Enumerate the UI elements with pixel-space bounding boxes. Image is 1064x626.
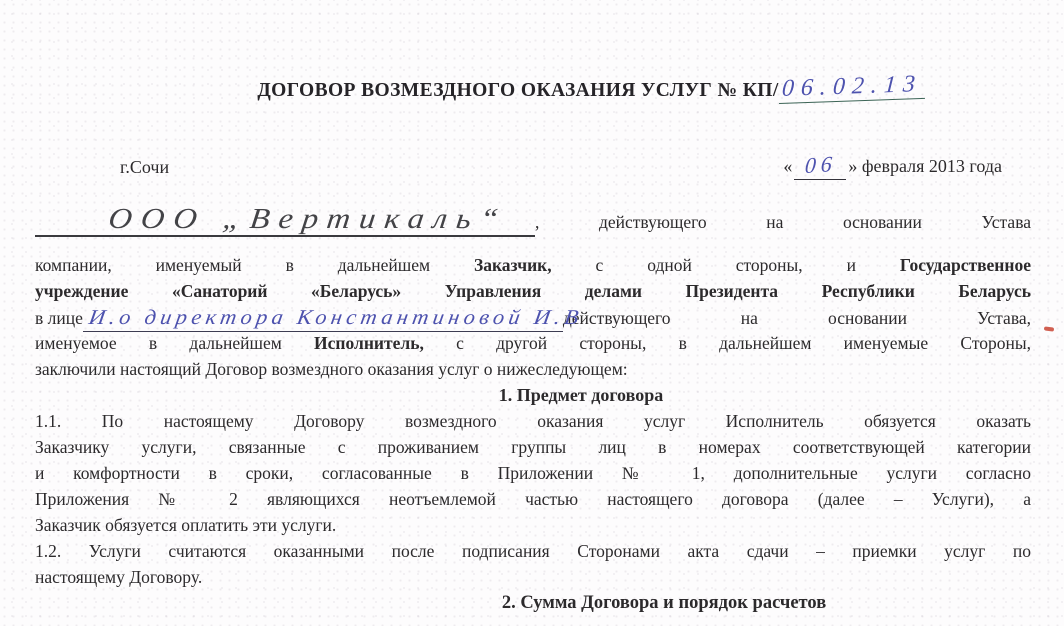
- date-line: «06» февраля 2013 года: [783, 152, 1002, 180]
- contract-body: ООО „Вертикаль“, действующего на основан…: [35, 206, 1031, 616]
- intro-l5c: с другой стороны, в дальнейшем именуемые…: [424, 333, 1031, 353]
- contract-title-row: ДОГОВОР ВОЗМЕЗДНОГО ОКАЗАНИЯ УСЛУГ № КП/…: [0, 76, 1064, 112]
- clause-1-1-line-2: Заказчику услуги, связанные с проживание…: [35, 434, 1031, 460]
- term-zakazchik: Заказчик,: [474, 255, 552, 275]
- intro-after-company: , действующего на основании Устава: [535, 209, 1031, 235]
- contract-title: ДОГОВОР ВОЗМЕЗДНОГО ОКАЗАНИЯ УСЛУГ № КП/: [257, 80, 778, 102]
- clause-1-1-line-3: и комфортности в сроки, согласованные в …: [35, 460, 1031, 486]
- clause-1-1-line-5: Заказчик обязуется оплатить эти услуги.: [35, 512, 1031, 538]
- clause-1-1-line-4: Приложения № 2 являющихся неотъемлемой ч…: [35, 486, 1031, 512]
- section-1-heading: 1. Предмет договора: [35, 382, 1031, 408]
- intro-l4b: действующего на основании Устава,: [563, 305, 1031, 331]
- date-rest: » февраля 2013 года: [848, 156, 1002, 176]
- handwritten-director-name: И.о директора Константиновой И.В: [87, 304, 585, 330]
- intro-l2c: с одной стороны, и: [552, 255, 900, 275]
- clause-1-2-line-1: 1.2. Услуги считаются оказанными после п…: [35, 538, 1031, 564]
- handwritten-day: 06: [804, 151, 838, 179]
- intro-l5a: именуемое в дальнейшем: [35, 333, 314, 353]
- executor-full-name: учреждение «Санаторий «Беларусь» Управле…: [35, 281, 1031, 301]
- handwritten-company-name: ООО „Вертикаль“: [107, 206, 509, 232]
- clause-1-1-line-1: 1.1. По настоящему Договору возмездного …: [35, 408, 1031, 434]
- intro-l2d: Государственное: [900, 255, 1031, 275]
- term-ispolnitel: Исполнитель,: [314, 333, 424, 353]
- city-label: г.Сочи: [120, 154, 169, 180]
- intro-line-6: заключили настоящий Договор возмездного …: [35, 356, 1031, 382]
- v-litse-label: в лице: [35, 305, 83, 331]
- clause-1-2-line-2: настоящему Договору.: [35, 564, 1031, 590]
- handwritten-director-field: И.о директора Константиновой И.В: [83, 304, 563, 332]
- section-2-heading: 2. Сумма Договора и порядок расчетов: [35, 590, 1031, 616]
- intro-line-company: ООО „Вертикаль“, действующего на основан…: [35, 206, 1031, 252]
- place-and-date-row: г.Сочи «06» февраля 2013 года: [0, 152, 1064, 182]
- date-day-underline: 06: [794, 152, 846, 180]
- intro-l2a: компании, именуемый в дальнейшем: [35, 255, 474, 275]
- intro-line-4: в лицеИ.о директора Константиновой И.Вде…: [35, 304, 1031, 330]
- intro-line-3: учреждение «Санаторий «Беларусь» Управле…: [35, 278, 1031, 304]
- scan-red-dot-artifact: [1044, 326, 1054, 331]
- handwritten-company-field: ООО „Вертикаль“: [35, 206, 535, 237]
- handwritten-contract-number: 06.02.13: [779, 71, 927, 104]
- date-open-quote: «: [783, 156, 792, 176]
- intro-line-5: именуемое в дальнейшем Исполнитель, с др…: [35, 330, 1031, 356]
- scanned-contract-page: ДОГОВОР ВОЗМЕЗДНОГО ОКАЗАНИЯ УСЛУГ № КП/…: [0, 0, 1064, 626]
- intro-line-2: компании, именуемый в дальнейшем Заказчи…: [35, 252, 1031, 278]
